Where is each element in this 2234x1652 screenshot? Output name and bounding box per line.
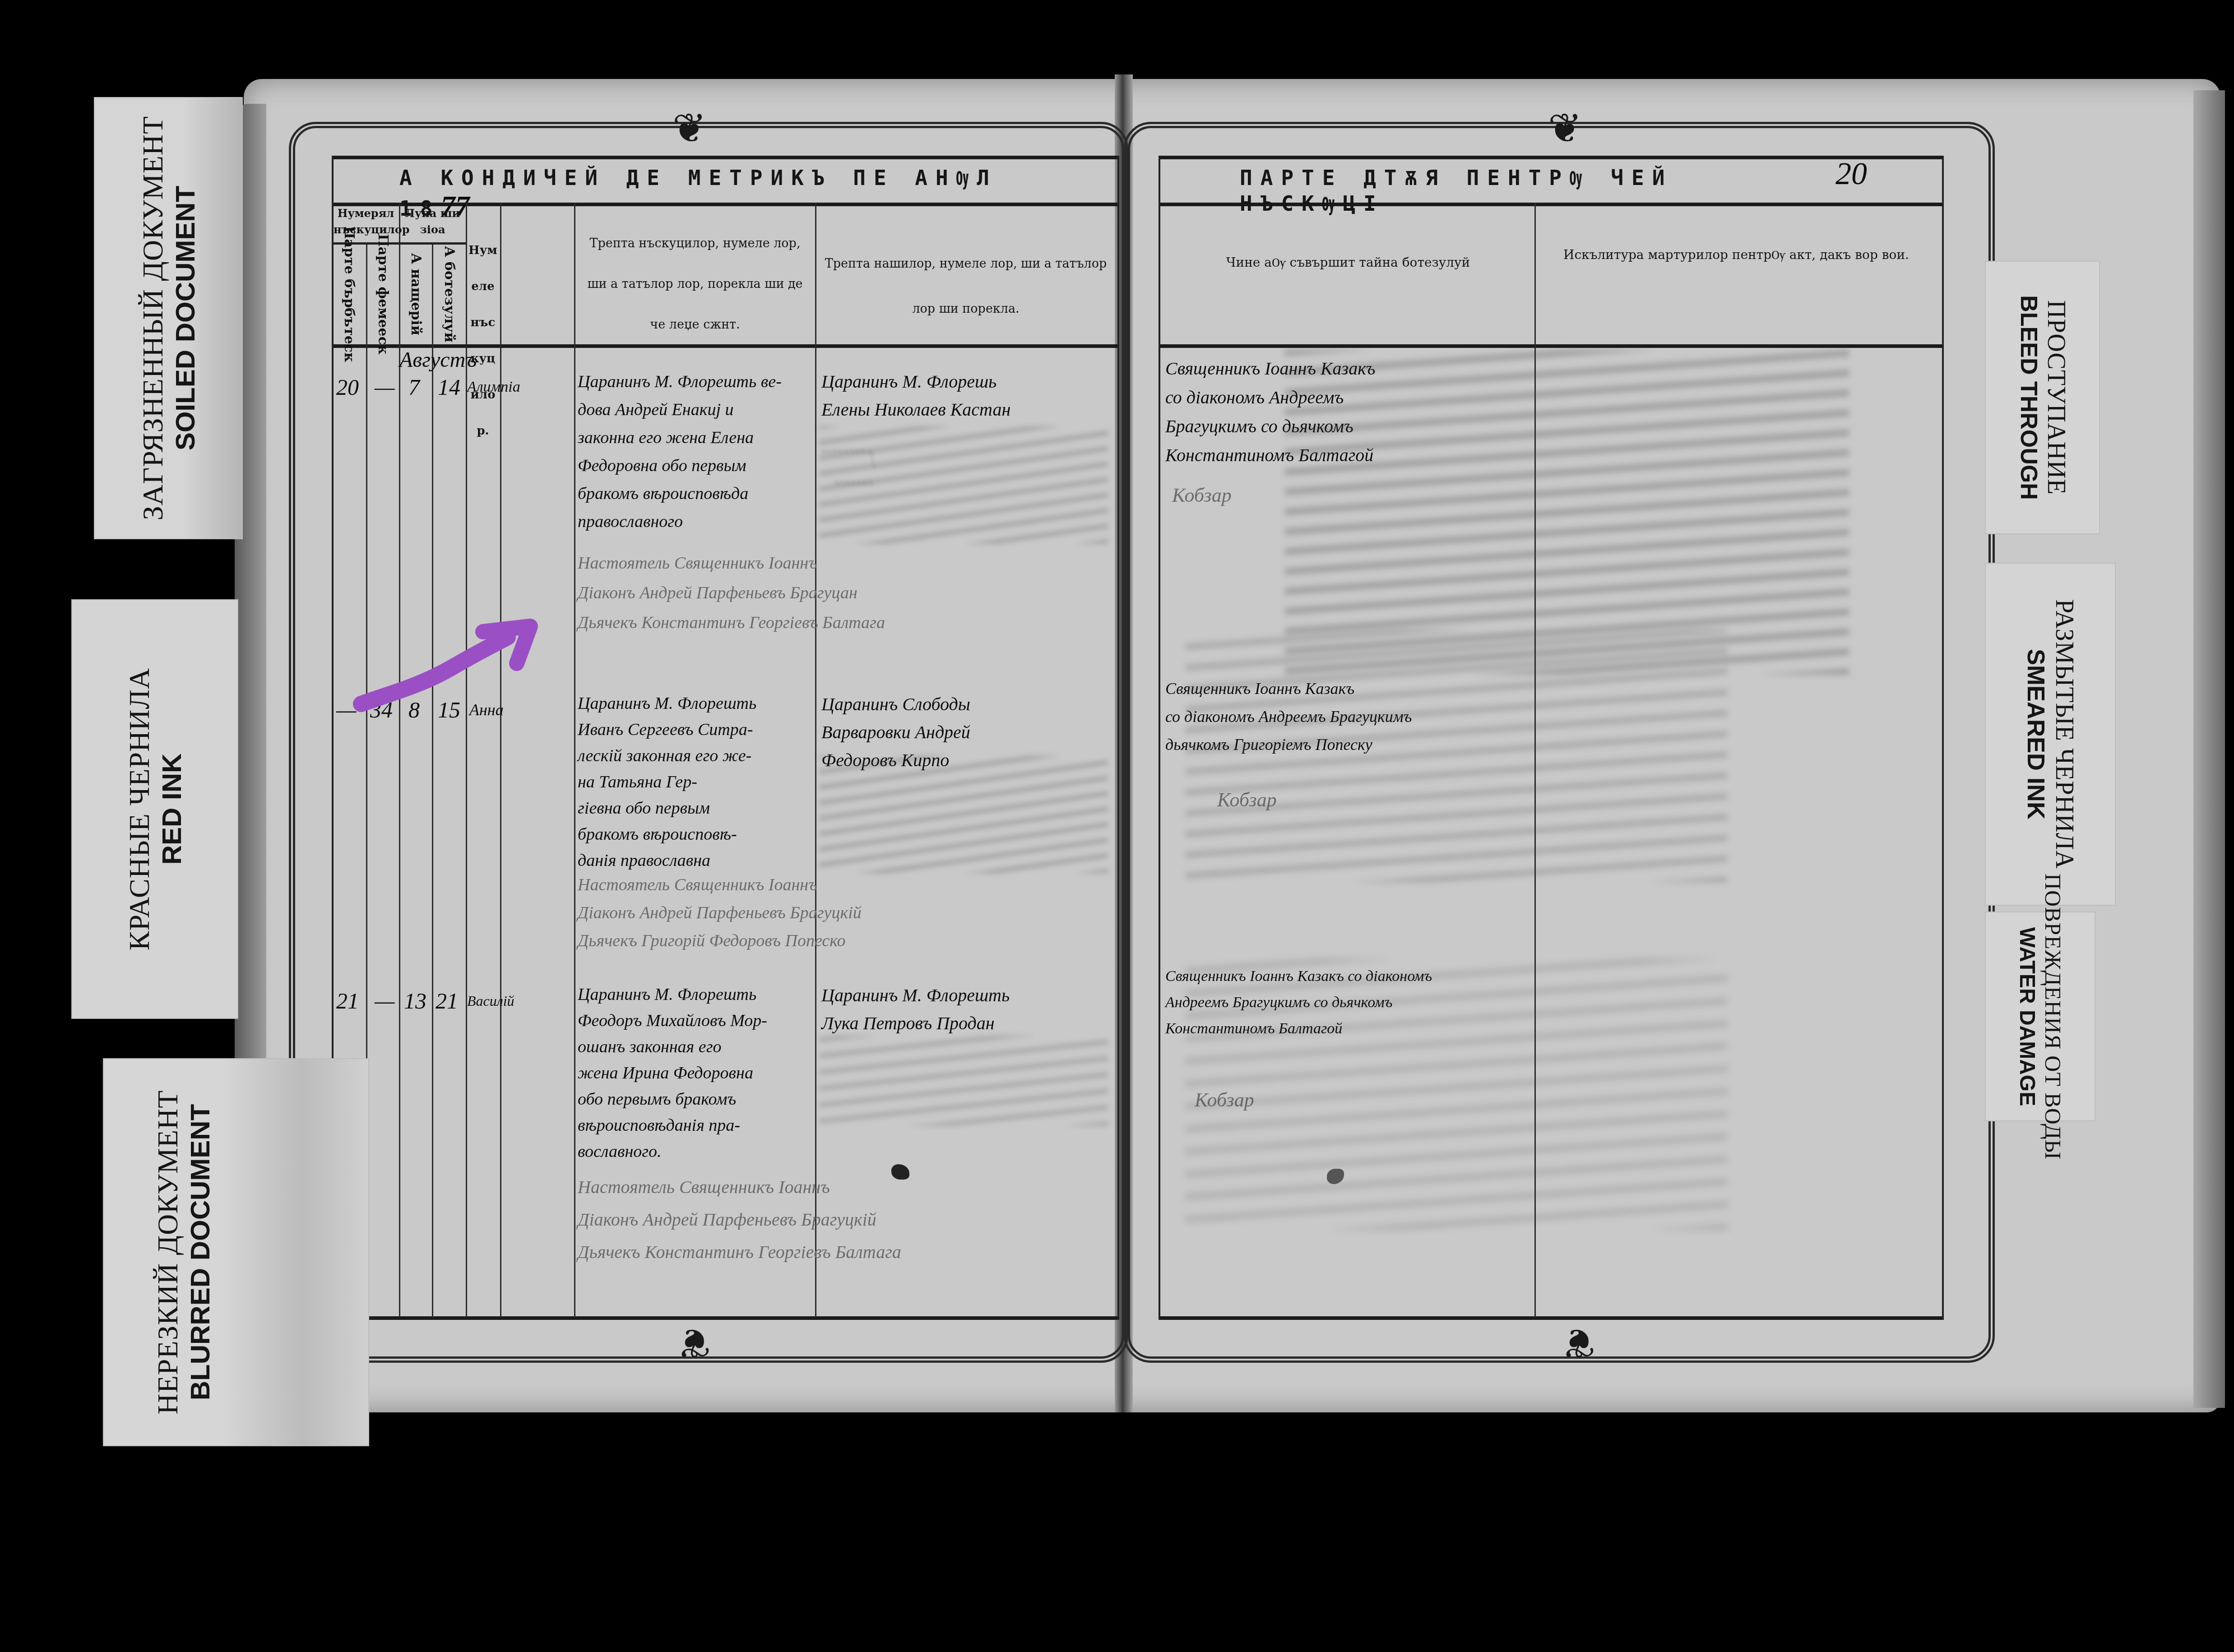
header-baptism: А ботезулуй <box>432 245 466 344</box>
signatures: Настоятель Священникъ Іоаннъ Діаконъ Анд… <box>578 1171 901 1268</box>
bleed-through-smudge <box>819 426 1108 544</box>
purple-arrow-icon <box>352 609 555 722</box>
header-godparents: Трепта нашилор, нумеле лор, ши а татълор… <box>824 241 1108 332</box>
parents-cell: Царанинъ М. Флорешть Иванъ Сергеевъ Ситр… <box>578 690 756 874</box>
page-title: А КОНДИЧЕЙ ДЕ МЕТРИКЪ ПЕ АНѸЛ 1877 <box>399 166 1031 221</box>
page-number: 20 <box>1835 159 1867 189</box>
bleed-through-smudge <box>1285 350 1849 675</box>
signatures: Настоятель Священникъ Іоаннъ Діаконъ Анд… <box>578 871 862 955</box>
bleed-through-smudge <box>1186 629 1727 882</box>
label-bleed-through: ПРОСТУПАНИЕBLEED THROUGH <box>1985 261 2100 534</box>
header-male-number: Парте бърбътеск <box>332 245 366 344</box>
left-register-table: А КОНДИЧЕЙ ДЕ МЕТРИКЪ ПЕ АНѸЛ 1877 Нумер… <box>332 156 1119 1320</box>
child-name: Алимпіа <box>467 372 520 402</box>
signatures: Настоятель Священникъ Іоаннъ Діаконъ Анд… <box>578 548 885 638</box>
label-soiled-document: ЗАГРЯЗНЕННЫЙ ДОКУМЕНТSOILED DOCUMENT <box>94 97 243 539</box>
table-row: 21 — 13 21 Василій Царанинъ М. Флорешть … <box>332 981 1119 1275</box>
godparents-cell: Царанинъ М. Флорешь Елены Николаев Каста… <box>821 368 1010 424</box>
header-witnesses: Искълитура мартурилор пентрѸ акт, дакъ в… <box>1556 228 1917 282</box>
parents-cell: Царанинъ М. Флорешть Феодоръ Михайловъ М… <box>578 981 767 1165</box>
label-blurred-document: НЕРЕЗКИЙ ДОКУМЕНТBLURRED DOCUMENT <box>103 1058 369 1446</box>
header-female-number: Парте фемееск <box>366 245 399 344</box>
right-page-edge <box>2193 90 2225 1408</box>
right-register-table: ПАРТЕ ДТѪЯ ПЕНТРѸ ЧЕЙ НЪСКѸЦІ 20 Чине аѸ… <box>1159 156 1944 1320</box>
ornament-icon: ❦ <box>672 108 706 149</box>
ornament-icon: ❦ <box>1562 1322 1595 1363</box>
header-parents: Трепта нъскуцилор, нумеле лор, ши а татъ… <box>584 223 806 345</box>
bleed-through-smudge <box>1186 959 1727 1230</box>
header-performer: Чине аѸ съвършит тайна ботезулуй <box>1177 255 1520 270</box>
page-title-right: ПАРТЕ ДТѪЯ ПЕНТРѸ ЧЕЙ НЪСКѸЦІ <box>1240 166 1826 217</box>
parents-cell: Царанинъ М. Флорешть ве- дова Андрей Ена… <box>578 368 782 536</box>
header-month-day: Луна ши зіоа <box>400 205 465 238</box>
label-water-damage: ПОВРЕЖДЕНИЯ ОТ ВОДЫWATER DAMAGE <box>1985 912 2095 1121</box>
godparents-cell: Царанинъ М. Флорешть Лука Петровъ Продан <box>821 981 1010 1037</box>
ornament-icon: ❦ <box>1548 108 1582 149</box>
child-name: Василій <box>467 986 514 1016</box>
label-red-ink: КРАСНЫЕ ЧЕРНИЛАRED INK <box>71 599 238 1019</box>
bleed-through-smudge <box>819 1036 1108 1126</box>
ornament-icon: ❦ <box>677 1322 711 1363</box>
witness-mark: Кобзар <box>1172 481 1232 510</box>
header-birth: А нащерій <box>399 245 432 344</box>
label-smeared-ink: РАЗМЫТЫЕ ЧЕРНИЛАSMEARED INK <box>1985 563 2116 906</box>
bleed-through-smudge <box>819 756 1108 873</box>
